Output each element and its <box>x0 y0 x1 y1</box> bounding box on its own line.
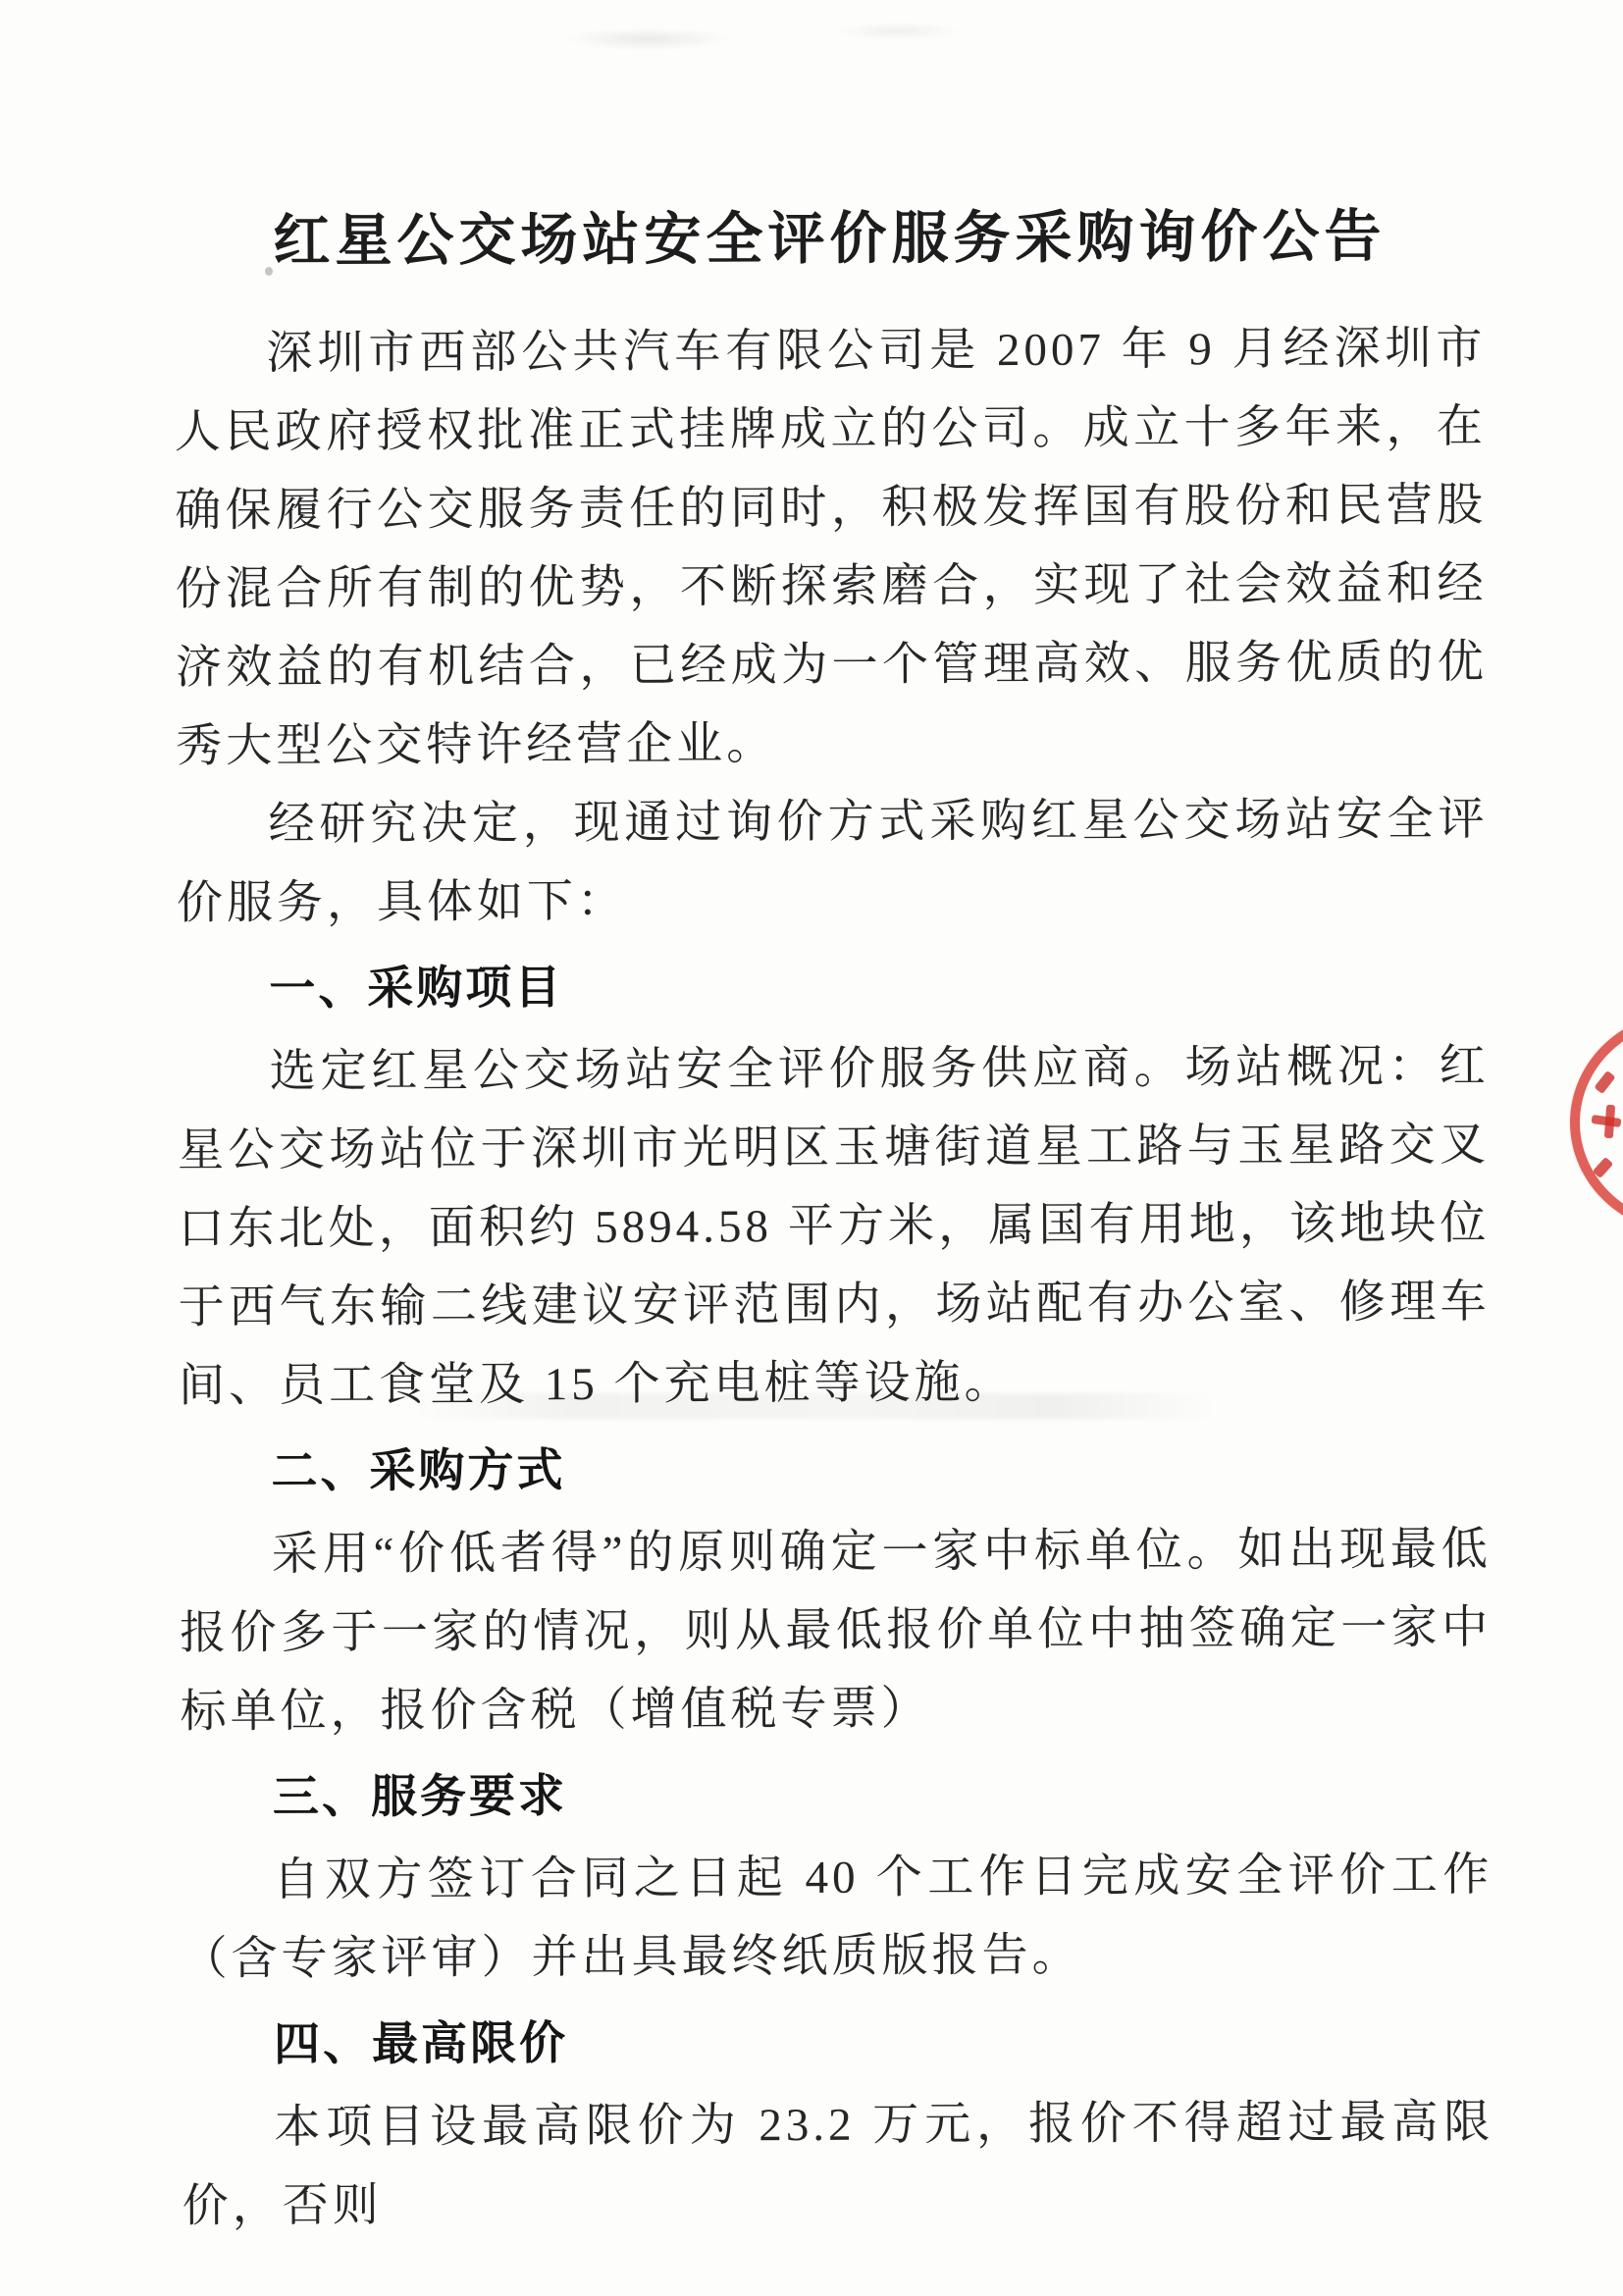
section-heading-1-procurement-item: 一、采购项目 <box>177 944 1489 1028</box>
page-title: 红星公交场站安全评价服务采购询价公告 <box>174 189 1486 278</box>
scanned-page-content: 红星公交场站安全评价服务采购询价公告 深圳市西部公共汽车有限公司是 2007 年… <box>0 0 1623 2296</box>
red-stamp <box>1566 1011 1623 1222</box>
section-heading-3-service-requirements: 三、服务要求 <box>181 1752 1492 1837</box>
page-title-text: 红星公交场站安全评价服务采购询价公告 <box>273 204 1386 273</box>
paragraph-inquiry-intro: 经研究决定，现通过询价方式采购红星公交场站安全评价服务，具体如下： <box>176 780 1489 943</box>
document-page: 红星公交场站安全评价服务采购询价公告 深圳市西部公共汽车有限公司是 2007 年… <box>0 0 1623 2296</box>
section-heading-2-procurement-method: 二、采购方式 <box>179 1427 1491 1511</box>
paragraph-price-ceiling: 本项目设最高限价为 23.2 万元，报价不得超过最高限价，否则 <box>182 2083 1494 2246</box>
section-heading-4-price-ceiling: 四、最高限价 <box>182 2000 1493 2084</box>
paragraph-company-intro: 深圳市西部公共汽车有限公司是 2007 年 9 月经深圳市人民政府授权批准正式挂… <box>174 309 1488 786</box>
paragraph-site-overview: 选定红星公交场站安全评价服务供应商。场站概况：红星公交场站位于深圳市光明区玉塘街… <box>178 1027 1492 1426</box>
paragraph-lowest-price-rule: 采用“价低者得”的原则确定一家中标单位。如出现最低报价多于一家的情况，则从最低报… <box>180 1510 1492 1751</box>
document-body: 深圳市西部公共汽车有限公司是 2007 年 9 月经深圳市人民政府授权批准正式挂… <box>174 309 1494 2246</box>
paragraph-service-deadline: 自双方签订合同之日起 40 个工作日完成安全评价工作（含专家评审）并出具最终纸质… <box>181 1836 1493 1999</box>
